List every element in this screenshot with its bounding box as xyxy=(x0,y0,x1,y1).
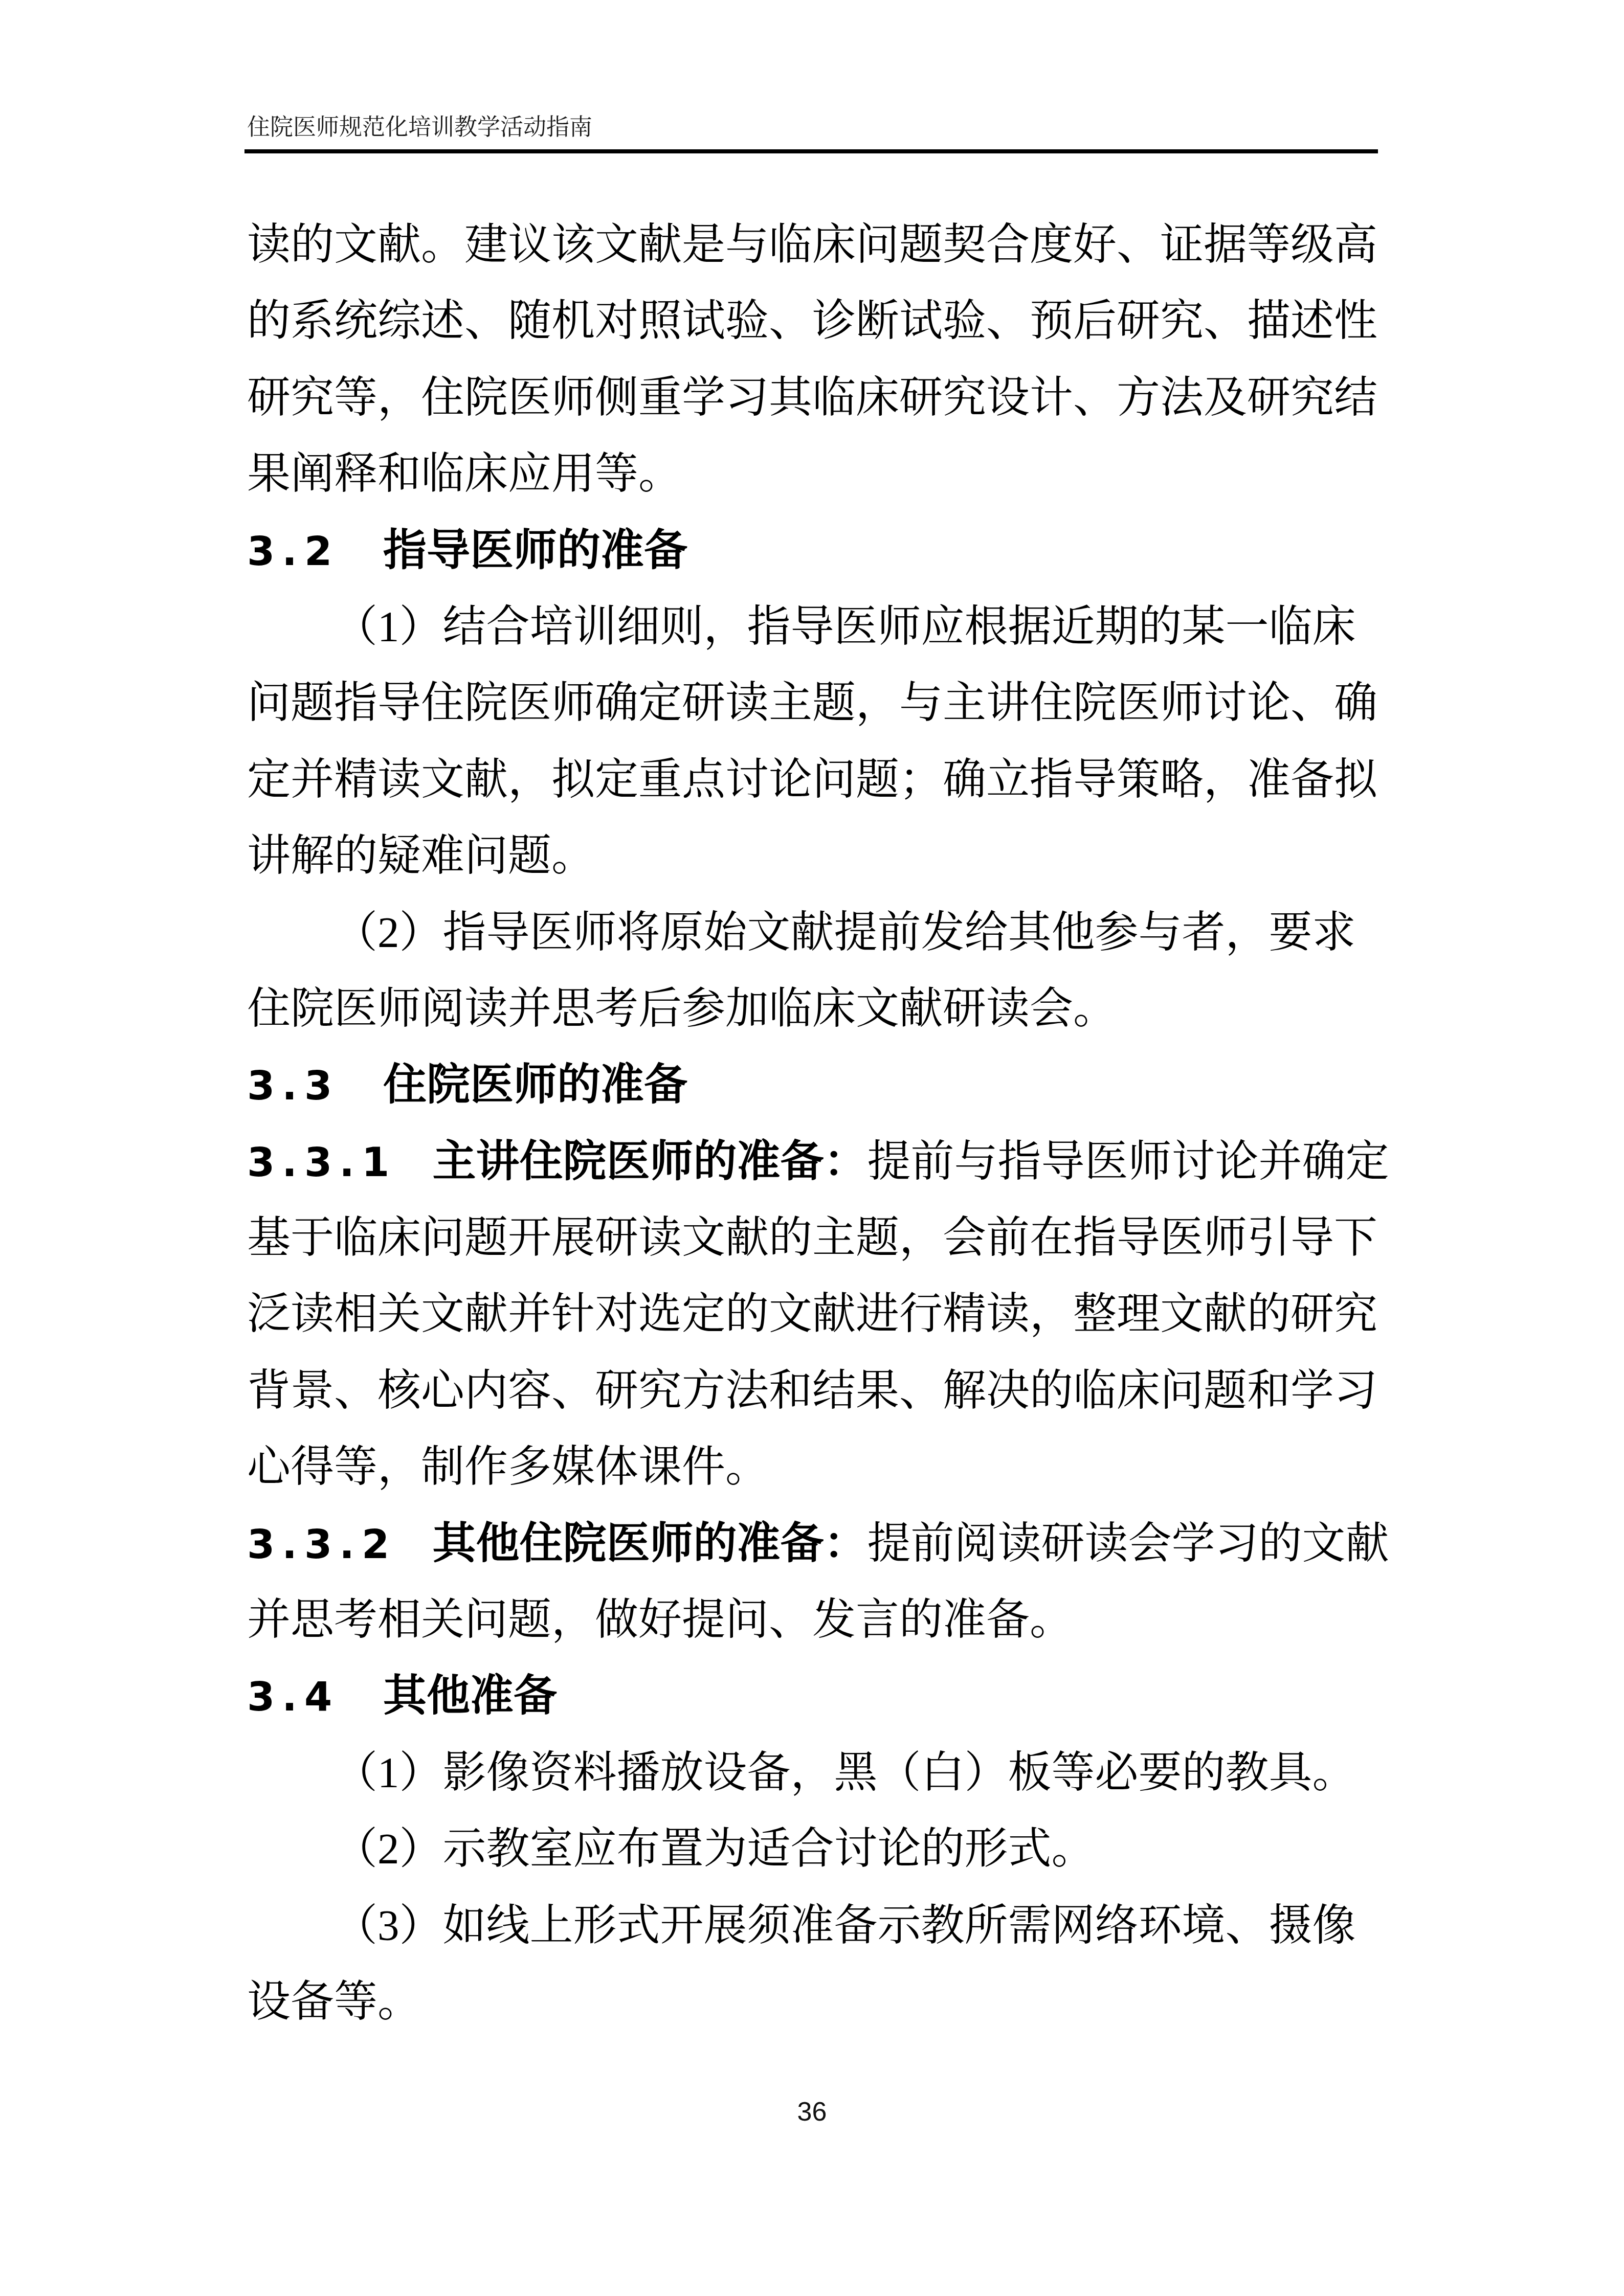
section-title: 其他准备 xyxy=(383,1672,557,1720)
text-line: 定并精读文献，拟定重点讨论问题；确立指导策略，准备拟 xyxy=(247,742,1378,818)
section-heading-3-4: 3.4其他准备 xyxy=(247,1658,1378,1735)
section-number: 3.3 xyxy=(247,1063,339,1109)
text-line: （3）如线上形式开展须准备示教所需网络环境、摄像 xyxy=(247,1888,1378,1964)
text-line: 住院医师阅读并思考后参加临床文献研读会。 xyxy=(247,971,1378,1047)
text-line: （1）结合培训细则，指导医师应根据近期的某一临床 xyxy=(247,589,1378,665)
document-body: 读的文献。建议该文献是与临床问题契合度好、证据等级高 的系统综述、随机对照试验、… xyxy=(247,207,1378,2040)
text-line: 读的文献。建议该文献是与临床问题契合度好、证据等级高 xyxy=(247,207,1378,283)
text-line: 基于临床问题开展研读文献的主题，会前在指导医师引导下 xyxy=(247,1200,1378,1276)
section-heading-3-3: 3.3住院医师的准备 xyxy=(247,1047,1378,1123)
section-title: 指导医师的准备 xyxy=(383,527,687,575)
text-line: 的系统综述、随机对照试验、诊断试验、预后研究、描述性 xyxy=(247,283,1378,359)
text-line: 背景、核心内容、研究方法和结果、解决的临床问题和学习 xyxy=(247,1353,1378,1429)
section-title: 住院医师的准备 xyxy=(383,1061,687,1109)
text-line: 设备等。 xyxy=(247,1964,1378,2040)
section-heading-3-3-2-runin: 3.3.2其他住院医师的准备：提前阅读研读会学习的文献 xyxy=(247,1506,1378,1582)
text-line: 泛读相关文献并针对选定的文献进行精读，整理文献的研究 xyxy=(247,1276,1378,1353)
section-number: 3.3.2 xyxy=(247,1522,396,1568)
text-line: 讲解的疑难问题。 xyxy=(247,818,1378,894)
document-page: 住院医师规范化培训教学活动指南 读的文献。建议该文献是与临床问题契合度好、证据等… xyxy=(0,0,1624,2296)
page-number: 36 xyxy=(0,2097,1624,2127)
runin-heading: 主讲住院医师的准备： xyxy=(432,1138,867,1186)
section-number: 3.3.1 xyxy=(247,1140,396,1186)
text-line: （1）影像资料播放设备，黑（白）板等必要的教具。 xyxy=(247,1735,1378,1811)
page-header: 住院医师规范化培训教学活动指南 xyxy=(247,114,592,141)
text-line: 并思考相关问题，做好提问、发言的准备。 xyxy=(247,1582,1378,1658)
runin-heading: 其他住院医师的准备： xyxy=(432,1520,867,1568)
text-line: 提前阅读研读会学习的文献 xyxy=(867,1520,1389,1568)
text-line: （2）指导医师将原始文献提前发给其他参与者，要求 xyxy=(247,895,1378,971)
text-line: 提前与指导医师讨论并确定 xyxy=(867,1138,1389,1186)
text-line: 问题指导住院医师确定研读主题，与主讲住院医师讨论、确 xyxy=(247,665,1378,741)
section-number: 3.2 xyxy=(247,529,339,575)
section-number: 3.4 xyxy=(247,1674,339,1720)
section-heading-3-3-1-runin: 3.3.1主讲住院医师的准备：提前与指导医师讨论并确定 xyxy=(247,1124,1378,1200)
section-heading-3-2: 3.2指导医师的准备 xyxy=(247,513,1378,589)
text-line: 心得等，制作多媒体课件。 xyxy=(247,1429,1378,1505)
header-divider xyxy=(244,149,1378,153)
text-line: （2）示教室应布置为适合讨论的形式。 xyxy=(247,1811,1378,1887)
header-title: 住院医师规范化培训教学活动指南 xyxy=(247,115,592,140)
text-line: 果阐释和临床应用等。 xyxy=(247,436,1378,512)
text-line: 研究等，住院医师侧重学习其临床研究设计、方法及研究结 xyxy=(247,360,1378,436)
